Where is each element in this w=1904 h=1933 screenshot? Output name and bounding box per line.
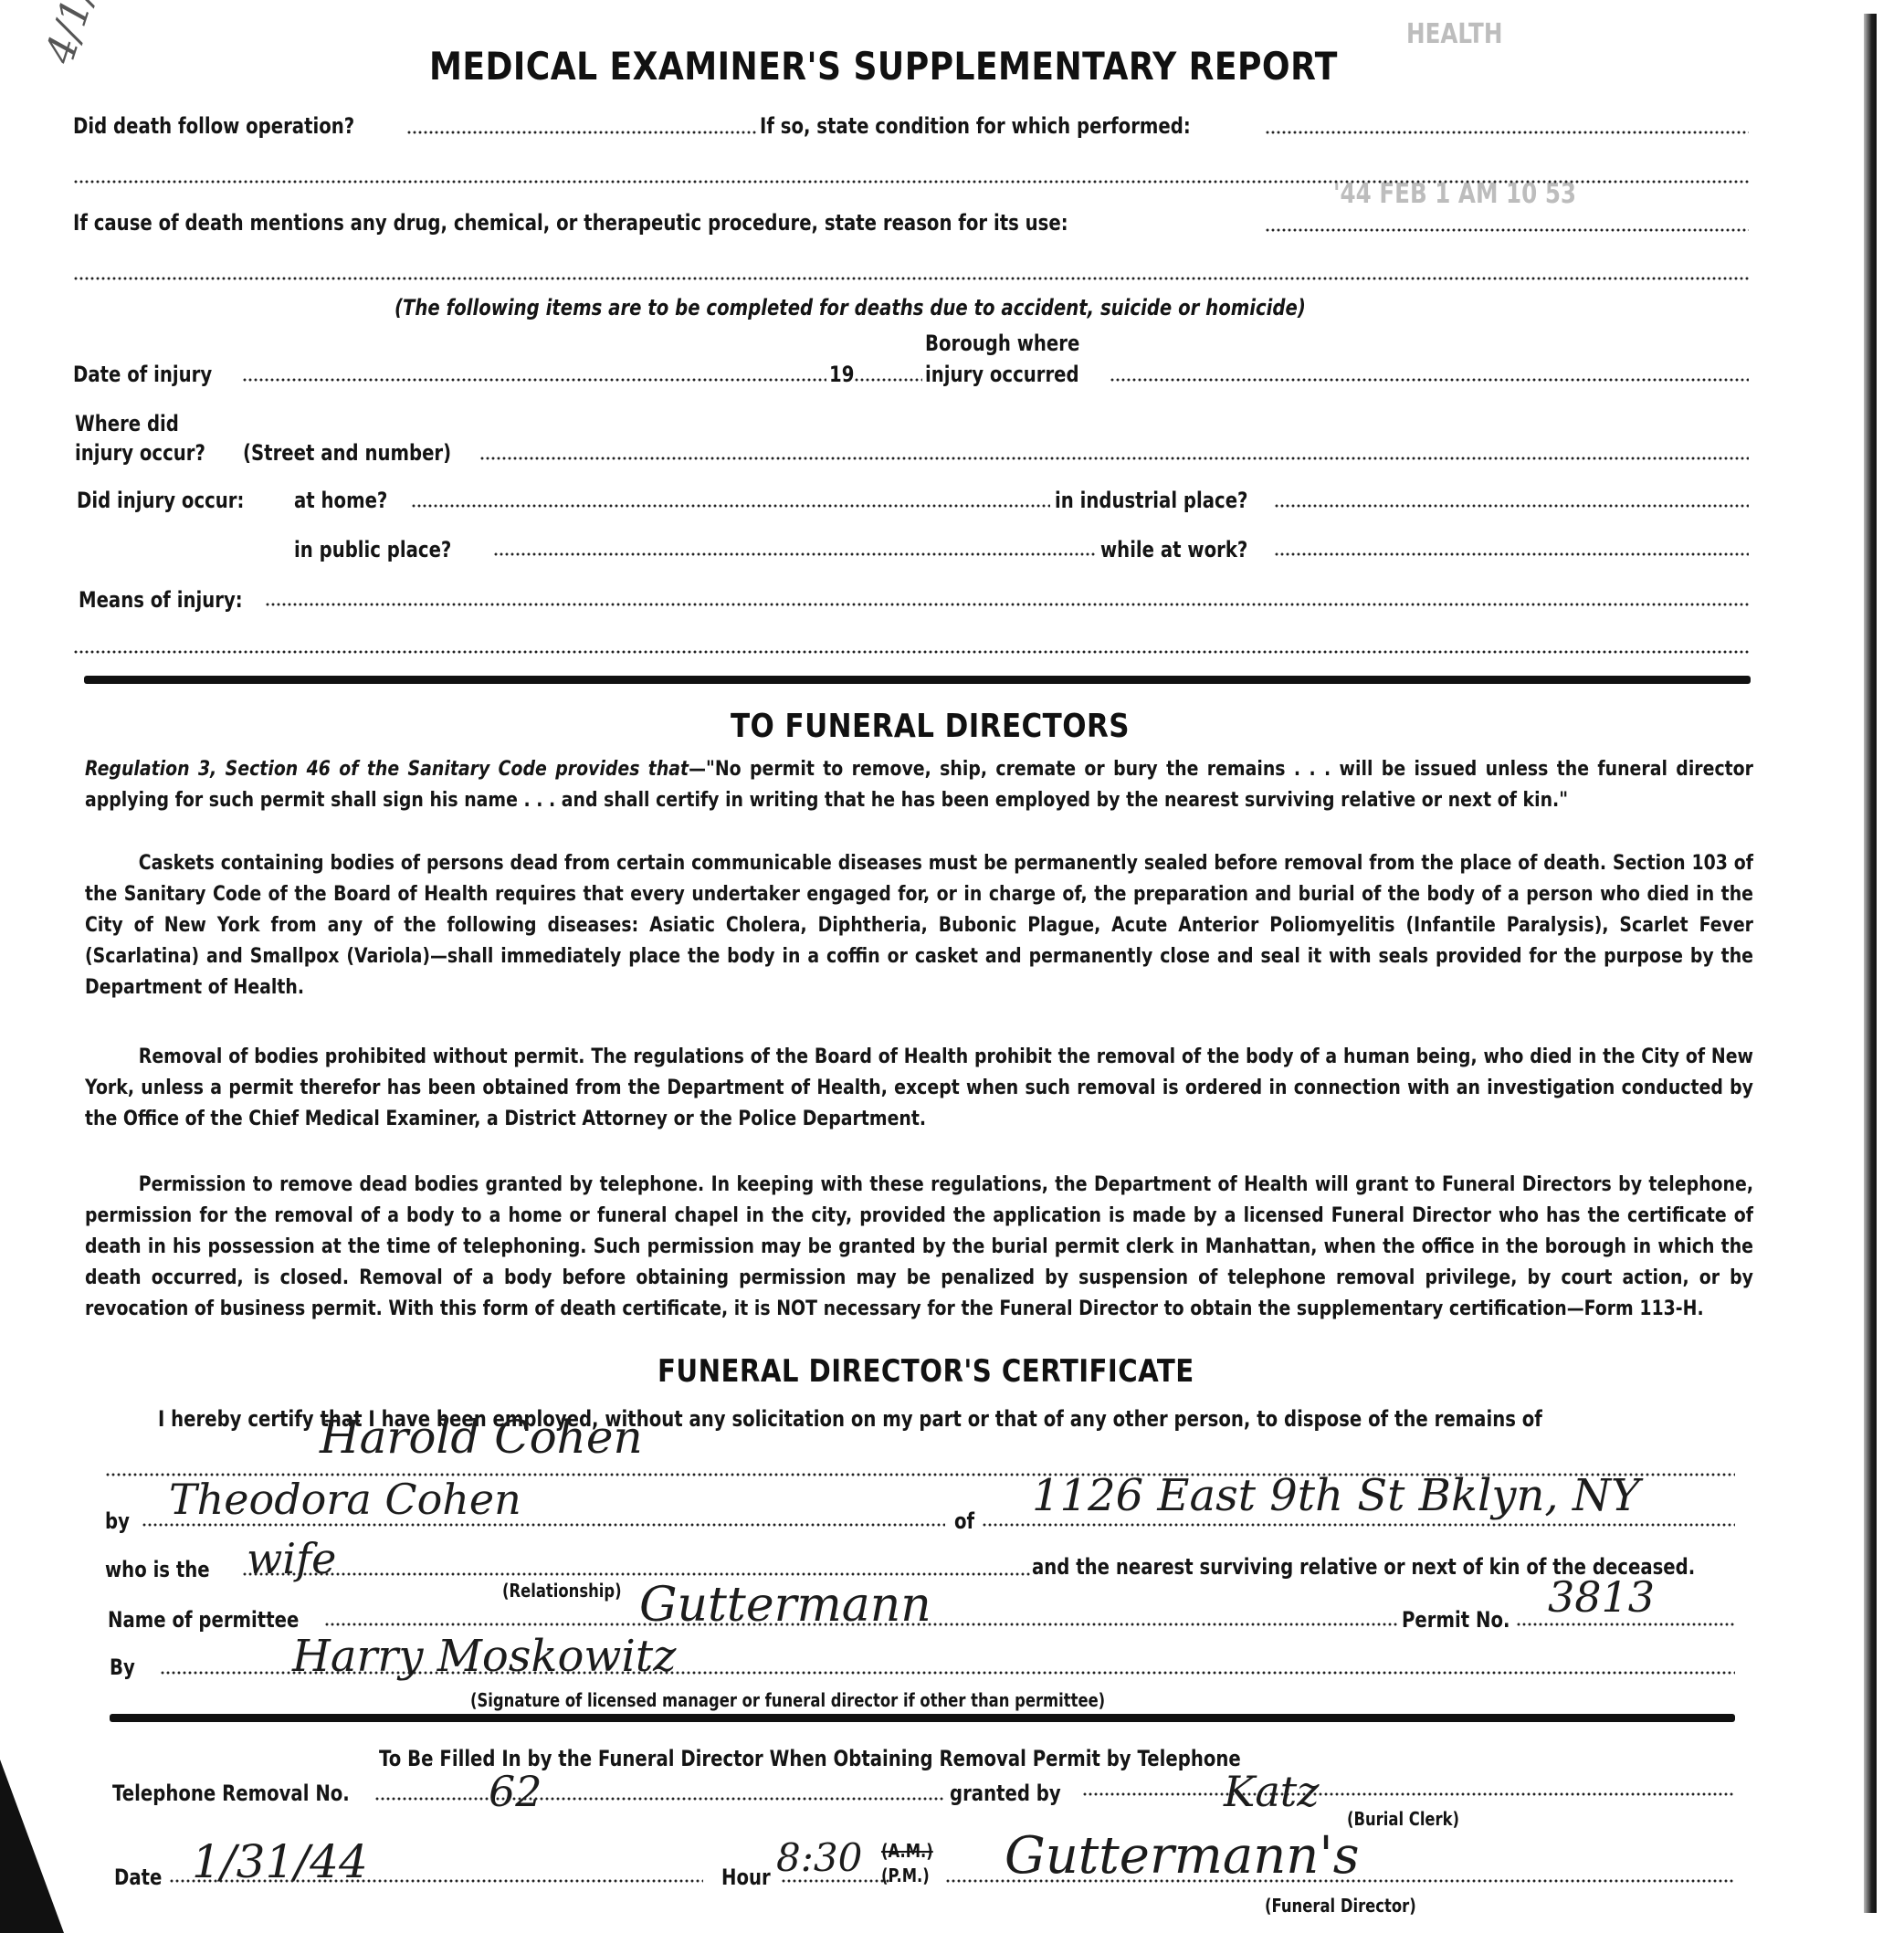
- removal-prohibited-paragraph: Removal of bodies prohibited without per…: [85, 1041, 1753, 1134]
- label-permit-no: Permit No.: [1402, 1607, 1510, 1633]
- permanently-bold: permanently: [1029, 944, 1153, 968]
- caskets-heading: Caskets containing bodies of persons dea…: [139, 851, 1606, 875]
- certificate-divider: [110, 1714, 1735, 1722]
- field-operation-condition[interactable]: [1265, 131, 1749, 134]
- address-handwritten[interactable]: 1126 East 9th St Bklyn, NY: [1032, 1470, 1640, 1521]
- label-telephone-removal-no: Telephone Removal No.: [112, 1781, 350, 1806]
- funeral-director-caption: (Funeral Director): [1265, 1895, 1416, 1917]
- regulation-citation: Regulation 3, Section 46 of the Sanitary…: [85, 757, 689, 781]
- field-industrial-place[interactable]: [1274, 504, 1749, 508]
- burial-clerk-caption: (Burial Clerk): [1347, 1808, 1459, 1830]
- label-industrial-place: in industrial place?: [1055, 488, 1247, 513]
- label-injury-occur: injury occur?: [75, 440, 205, 466]
- deceased-name-handwritten[interactable]: Harold Cohen: [320, 1411, 643, 1464]
- field-injury-year[interactable]: [854, 378, 922, 382]
- label-date-of-injury: Date of injury: [73, 362, 212, 387]
- label-borough-where: Borough where: [925, 331, 1079, 356]
- label-death-follow-operation: Did death follow operation?: [73, 113, 354, 139]
- field-means-of-injury-line2[interactable]: [73, 650, 1749, 654]
- regulation-paragraph: Regulation 3, Section 46 of the Sanitary…: [85, 753, 1753, 815]
- label-year-19: 19: [829, 362, 854, 387]
- burial-clerk-handwritten[interactable]: Katz: [1224, 1767, 1320, 1816]
- field-manager-signature[interactable]: [160, 1671, 1735, 1675]
- field-while-at-work[interactable]: [1274, 552, 1749, 556]
- death-certificate-back-page: HEALTH '44 FEB 1 AM 10 53 MEDICAL EXAMIN…: [0, 0, 1904, 1933]
- telephone-permission-heading: Permission to remove dead bodies granted…: [139, 1172, 704, 1196]
- hour-handwritten[interactable]: 8:30: [776, 1835, 862, 1880]
- accident-note: (The following items are to be completed…: [394, 295, 1306, 320]
- margin-handwriting: 4/1/44 R.K.: [37, 0, 152, 69]
- signature-caption: (Signature of licensed manager or funera…: [470, 1689, 1105, 1711]
- section-divider: [84, 676, 1751, 684]
- relationship-caption: (Relationship): [502, 1580, 622, 1602]
- label-by: by: [105, 1508, 130, 1534]
- field-address[interactable]: [982, 1523, 1735, 1527]
- field-removal-no[interactable]: [374, 1797, 945, 1801]
- field-permittee[interactable]: [324, 1623, 1397, 1626]
- permit-number-handwritten[interactable]: 3813: [1548, 1572, 1655, 1622]
- field-at-home[interactable]: [411, 504, 1050, 508]
- am-label-struck: (A.M.): [881, 1840, 933, 1862]
- caskets-paragraph: Caskets containing bodies of persons dea…: [85, 847, 1753, 1003]
- pm-label: (P.M.): [881, 1865, 930, 1886]
- label-means-of-injury: Means of injury:: [79, 587, 243, 613]
- funeral-director-signature-handwritten[interactable]: Guttermann's: [1005, 1826, 1359, 1886]
- caskets-tail: —shall immediately place the body in a c…: [430, 944, 1029, 968]
- field-street-number[interactable]: [479, 457, 1749, 460]
- field-hour[interactable]: [781, 1879, 890, 1883]
- label-who-is-the: who is the: [105, 1557, 210, 1582]
- certificate-heading: FUNERAL DIRECTOR'S CERTIFICATE: [657, 1353, 1194, 1390]
- label-hour: Hour: [721, 1865, 771, 1890]
- employer-name-handwritten[interactable]: Theodora Cohen: [169, 1475, 521, 1524]
- label-street-number: (Street and number): [243, 440, 451, 466]
- label-did-injury-occur: Did injury occur:: [77, 488, 244, 513]
- label-date: Date: [114, 1865, 162, 1890]
- field-drug-reason[interactable]: [1265, 228, 1749, 232]
- field-date[interactable]: [169, 1879, 703, 1883]
- faint-stamp-top: HEALTH: [1406, 18, 1502, 50]
- field-means-of-injury[interactable]: [265, 603, 1749, 606]
- removal-number-handwritten[interactable]: 62: [489, 1767, 542, 1816]
- label-injury-occurred: injury occurred: [925, 362, 1079, 387]
- page-title: MEDICAL EXAMINER'S SUPPLEMENTARY REPORT: [429, 44, 1338, 89]
- field-granted-by[interactable]: [1082, 1792, 1735, 1796]
- label-operation-condition: If so, state condition for which perform…: [760, 113, 1191, 139]
- label-of: of: [954, 1508, 974, 1534]
- label-drug-reason: If cause of death mentions any drug, che…: [73, 210, 1068, 236]
- label-public-place: in public place?: [294, 537, 451, 562]
- field-funeral-director[interactable]: [945, 1879, 1735, 1883]
- scan-edge-right: [1864, 14, 1877, 1913]
- field-drug-reason-line2[interactable]: [73, 277, 1749, 280]
- field-permit-no[interactable]: [1516, 1623, 1735, 1626]
- label-while-at-work: while at work?: [1100, 537, 1247, 562]
- field-public-place[interactable]: [493, 552, 1096, 556]
- removal-prohibited-heading: Removal of bodies prohibited without per…: [139, 1045, 585, 1068]
- label-at-home: at home?: [294, 488, 387, 513]
- label-granted-by: granted by: [950, 1781, 1061, 1806]
- label-where-did: Where did: [75, 411, 179, 436]
- field-date-of-injury[interactable]: [242, 378, 826, 382]
- field-relationship[interactable]: [242, 1572, 1032, 1576]
- scan-edge-corner: [0, 1760, 64, 1933]
- field-borough[interactable]: [1110, 378, 1749, 382]
- field-operation[interactable]: [406, 131, 758, 134]
- field-operation-condition-line2[interactable]: [73, 180, 1749, 184]
- label-permittee: Name of permittee: [108, 1607, 299, 1633]
- field-employer-name[interactable]: [142, 1523, 945, 1527]
- telephone-permission-paragraph: Permission to remove dead bodies granted…: [85, 1169, 1753, 1324]
- funeral-directors-heading: TO FUNERAL DIRECTORS: [731, 708, 1130, 745]
- label-by-signature: By: [110, 1655, 135, 1680]
